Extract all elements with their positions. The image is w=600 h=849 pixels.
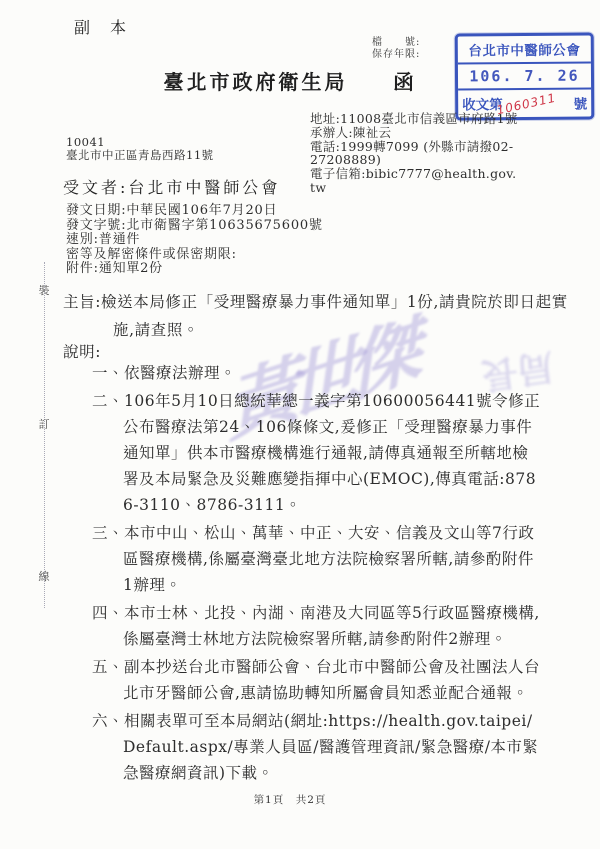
subject-label: 主旨:	[63, 293, 101, 311]
meta-attachment: 附件:通知單2份	[66, 262, 406, 277]
binding-mark-zhuang: 裝	[37, 282, 51, 298]
item-2-number: 二、	[92, 392, 124, 410]
sender-address: 臺北市中正區青島西路11號	[66, 149, 214, 162]
file-number-block: 檔 號: 保存年限:	[372, 37, 420, 61]
binding-dotted-line	[44, 262, 45, 608]
item-3-number: 三、	[92, 524, 124, 542]
file-number-label: 檔 號:	[372, 37, 420, 49]
description-items: 一、依醫療法辦理。 二、106年5月10日總統華總一義字第10600056441…	[92, 360, 542, 788]
item-1-number: 一、	[92, 364, 124, 382]
contact-block: 地址:11008臺北市信義區市府路1號 承辦人:陳祉云 電話:1999轉7099…	[310, 112, 518, 195]
recipient-line: 受文者:台北市中醫師公會	[63, 175, 280, 198]
item-2-text: 106年5月10日總統華總一義字第10600056441號令修正公布醫療法第24…	[123, 392, 540, 514]
item-5-number: 五、	[92, 658, 124, 676]
item-3-text: 本市中山、松山、萬華、中正、大安、信義及文山等7行政區醫療機構,係屬臺灣臺北地方…	[123, 524, 534, 594]
document-title: 臺北市政府衛生局 函	[0, 66, 580, 95]
item-4: 四、本市士林、北投、內湖、南港及大同區等5行政區醫療機構,係屬臺灣士林地方法院檢…	[92, 600, 542, 652]
item-1-text: 依醫療法辦理。	[124, 364, 236, 382]
contact-person: 承辦人:陳祉云	[310, 126, 518, 140]
item-4-text: 本市士林、北投、內湖、南港及大同區等5行政區醫療機構,係屬臺灣士林地方法院檢察署…	[123, 604, 540, 648]
subject-text: 檢送本局修正「受理醫療暴力事件通知單」1份,請貴院於即日起實施,請查照。	[101, 293, 568, 339]
contact-address: 地址:11008臺北市信義區市府路1號	[310, 112, 518, 126]
description-label: 說明:	[63, 340, 101, 362]
item-1: 一、依醫療法辦理。	[92, 360, 542, 386]
page-footer: 第1頁 共2頁	[0, 792, 580, 807]
item-6-number: 六、	[92, 712, 124, 730]
item-6-text: 相關表單可至本局網站(網址:https://health.gov.taipei/…	[123, 712, 538, 782]
sender-address-block: 10041 臺北市中正區青島西路11號	[66, 136, 214, 162]
item-5-text: 副本抄送台北市醫師公會、台北市中醫師公會及社團法人台北市牙醫師公會,惠請協助轉知…	[123, 658, 540, 702]
item-3: 三、本市中山、松山、萬華、中正、大安、信義及文山等7行政區醫療機構,係屬臺灣臺北…	[92, 520, 542, 598]
contact-phone: 電話:1999轉7099 (外縣市請撥02-27208889)	[310, 140, 518, 168]
stamp-receipt-suffix: 號	[574, 93, 588, 113]
contact-email: 電子信箱:bibic7777@health.gov.tw	[310, 167, 518, 195]
item-2: 二、106年5月10日總統華總一義字第10600056441號令修正公布醫療法第…	[92, 388, 542, 518]
item-6: 六、相關表單可至本局網站(網址:https://health.gov.taipe…	[92, 708, 542, 786]
item-5: 五、副本抄送台北市醫師公會、台北市中醫師公會及社團法人台北市牙醫師公會,惠請協助…	[92, 654, 542, 706]
meta-doc-number: 發文字號:北市衛醫字第10635675600號	[66, 219, 406, 234]
stamp-organization: 台北市中醫師公會	[458, 36, 591, 65]
meta-issue-date: 發文日期:中華民國106年7月20日	[66, 204, 406, 219]
copy-label: 副 本	[74, 15, 128, 38]
document-meta: 發文日期:中華民國106年7月20日 發文字號:北市衛醫字第1063567560…	[66, 204, 406, 277]
meta-classification: 密等及解密條件或保密期限:	[66, 248, 406, 263]
item-4-number: 四、	[92, 604, 124, 622]
subject-line: 主旨:檢送本局修正「受理醫療暴力事件通知單」1份,請貴院於即日起實施,請查照。	[63, 288, 573, 344]
document-page: 黃世傑 局長 裝 訂 線 副 本 檔 號: 保存年限: 台北市中醫師公會 106…	[0, 0, 600, 849]
meta-speed: 速別:普通件	[66, 233, 406, 248]
binding-mark-ding: 訂	[37, 416, 51, 432]
retention-label: 保存年限:	[372, 49, 420, 61]
binding-mark-xian: 線	[37, 568, 51, 584]
